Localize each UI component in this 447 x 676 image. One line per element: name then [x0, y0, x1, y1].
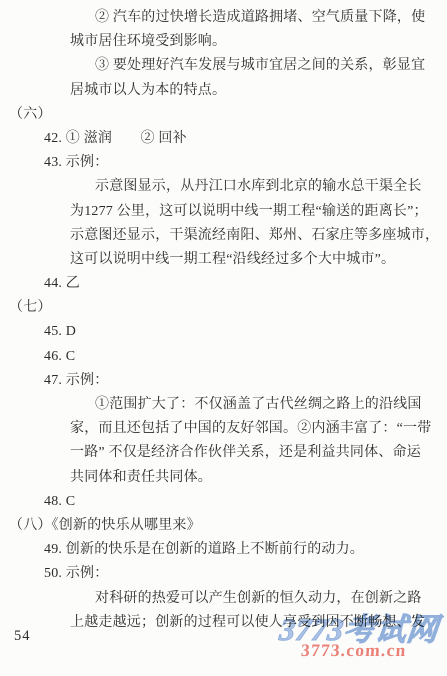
- section-six-heading: （六）: [0, 103, 447, 127]
- section-seven-heading: （七）: [0, 296, 447, 320]
- answer-line: 城市居住环境受到影响。: [0, 30, 447, 54]
- answer-43-text: 这可以说明中线一期工程“沿线经过多个大中城市”。: [0, 248, 447, 272]
- answer-47-label: 47. 示例：: [0, 369, 447, 393]
- answer-49: 49. 创新的快乐是在创新的道路上不断前行的动力。: [0, 538, 447, 562]
- answer-43-label: 43. 示例：: [0, 151, 447, 175]
- answer-48: 48. C: [0, 490, 447, 514]
- answer-46: 46. C: [0, 345, 447, 369]
- answer-line: ② 汽车的过快增长造成道路拥堵、空气质量下降，使: [0, 6, 447, 30]
- answer-47-text: 家，而且还包括了中国的友好邻国。②内涵丰富了：“一带: [0, 417, 447, 441]
- scanned-answer-key-page: ② 汽车的过快增长造成道路拥堵、空气质量下降，使 城市居住环境受到影响。 ③ 要…: [0, 0, 447, 676]
- answer-43-text: 示意图还显示，干渠流经南阳、郑州、石家庄等多座城市，: [0, 224, 447, 248]
- answer-text-column: ② 汽车的过快增长造成道路拥堵、空气质量下降，使 城市居住环境受到影响。 ③ 要…: [0, 6, 447, 635]
- answer-42: 42. ① 滋润 ② 回补: [0, 127, 447, 151]
- answer-43-text: 示意图显示，从丹江口水库到北京的输水总干渠全长: [0, 175, 447, 199]
- answer-line: 居城市以人为本的特点。: [0, 79, 447, 103]
- watermark-site-url: 3773.com.cn: [300, 640, 407, 661]
- page-number: 54: [14, 628, 31, 645]
- answer-47-text: 共同体和责任共同体。: [0, 466, 447, 490]
- answer-44: 44. 乙: [0, 272, 447, 296]
- answer-50-label: 50. 示例：: [0, 562, 447, 586]
- answer-47-text: 一路” 不仅是经济合作伙伴关系，还是利益共同体、命运: [0, 441, 447, 465]
- section-eight-heading: （八）《创新的快乐从哪里来》: [0, 514, 447, 538]
- answer-45: 45. D: [0, 320, 447, 344]
- answer-43-text: 为1277 公里，这可以说明中线一期工程“输送的距离长”；: [0, 200, 447, 224]
- answer-47-text: ①范围扩大了：不仅涵盖了古代丝绸之路上的沿线国: [0, 393, 447, 417]
- answer-line: ③ 要处理好汽车发展与城市宜居之间的关系，彰显宜: [0, 54, 447, 78]
